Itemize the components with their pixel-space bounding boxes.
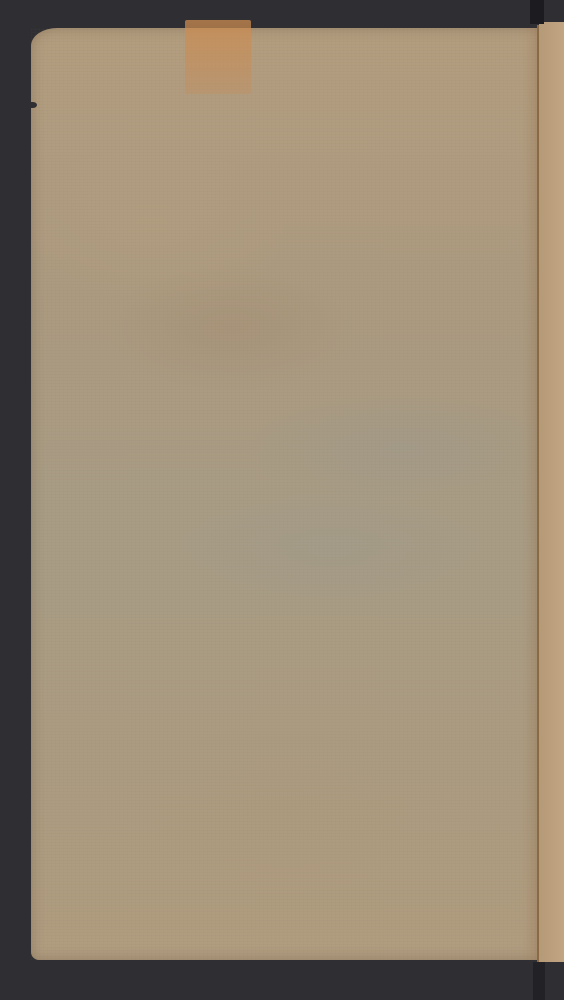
blank-paper-page [31,28,541,960]
spine-shadow [522,28,537,960]
binding-clip-bottom [533,962,545,1000]
orange-stain [185,20,251,94]
edge-notch [29,102,37,108]
binding-clip-top [530,0,544,24]
spine-fold-line [537,25,539,965]
adjacent-page-edge [539,22,564,962]
scan-background [0,0,564,1000]
